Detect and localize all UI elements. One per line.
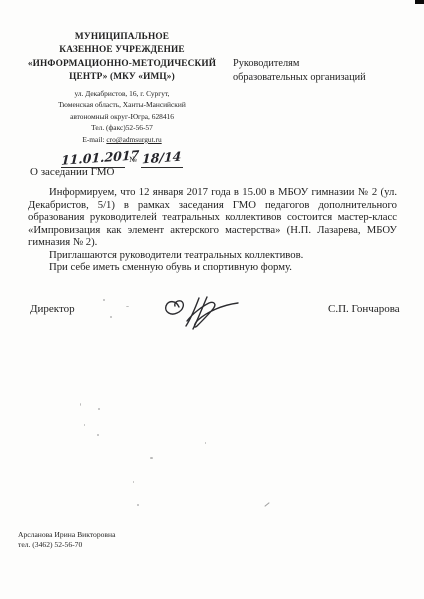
scan-speckle: [84, 424, 85, 426]
scanned-letter-page: МУНИЦИПАЛЬНОЕ КАЗЕННОЕ УЧРЕЖДЕНИЕ «ИНФОР…: [0, 0, 424, 599]
org-address-line: ул. Декабристов, 16, г. Сургут,: [24, 88, 220, 100]
recipient-line: Руководителям: [233, 57, 366, 71]
outgoing-number-field: 18/14: [141, 149, 183, 168]
executor-block: Арсланова Ирина Викторовна тел. (3462) 5…: [18, 530, 115, 551]
executor-phone: тел. (3462) 52-56-70: [18, 540, 115, 550]
body-paragraph: Информируем, что 12 января 2017 года в 1…: [28, 186, 397, 249]
body-paragraph: При себе иметь сменную обувь и спортивну…: [28, 261, 397, 274]
recipient-block: Руководителям образовательных организаци…: [233, 57, 366, 85]
outgoing-date-number-row: 11.01.2017 № 18/14: [24, 148, 220, 168]
scan-speckle: [150, 457, 153, 459]
scan-speckle: [98, 408, 100, 410]
handwritten-number: 18/14: [142, 149, 182, 166]
letterhead: МУНИЦИПАЛЬНОЕ КАЗЕННОЕ УЧРЕЖДЕНИЕ «ИНФОР…: [24, 31, 220, 168]
org-name-line: КАЗЕННОЕ УЧРЕЖДЕНИЕ: [24, 44, 220, 57]
org-address-line: автономный округ-Югра, 628416: [24, 111, 220, 123]
subject-line: О заседании ГМО: [30, 166, 115, 178]
email-value: cro@admsurgut.ru: [106, 135, 161, 144]
org-name-line: ЦЕНТР» (МКУ «ИМЦ»): [24, 71, 220, 84]
org-name-line: МУНИЦИПАЛЬНОЕ: [24, 31, 220, 44]
org-name-line: «ИНФОРМАЦИОННО-МЕТОДИЧЕСКИЙ: [24, 58, 220, 71]
outgoing-date-field: 11.01.2017: [61, 149, 125, 168]
scan-speckle: [205, 442, 206, 444]
scan-speckle: [110, 316, 112, 318]
executor-name: Арсланова Ирина Викторовна: [18, 530, 115, 540]
email-label: E-mail:: [82, 135, 104, 144]
letter-body: Информируем, что 12 января 2017 года в 1…: [28, 186, 397, 274]
scan-speckle: [137, 504, 139, 506]
scan-speckle: [126, 306, 129, 307]
org-address-line: Тюменская область, Ханты-Мансийский: [24, 99, 220, 111]
scan-artifact-mark: [415, 0, 424, 4]
scan-speckle: [97, 434, 99, 436]
org-phone-line: Тел. (факс)52-56-57: [24, 122, 220, 134]
scan-speckle: [133, 481, 134, 483]
signer-title: Директор: [30, 303, 75, 315]
recipient-line: образовательных организаций: [233, 71, 366, 85]
org-address-block: ул. Декабристов, 16, г. Сургут, Тюменска…: [24, 88, 220, 146]
body-paragraph: Приглашаются руководители театральных ко…: [28, 249, 397, 262]
signer-name: С.П. Гончарова: [328, 303, 400, 315]
scan-speckle: [103, 299, 105, 301]
org-email-line: E-mail: cro@admsurgut.ru: [24, 134, 220, 146]
scan-speckle: [264, 502, 269, 507]
scan-speckle: [80, 403, 81, 406]
signature-scribble: [162, 291, 244, 333]
